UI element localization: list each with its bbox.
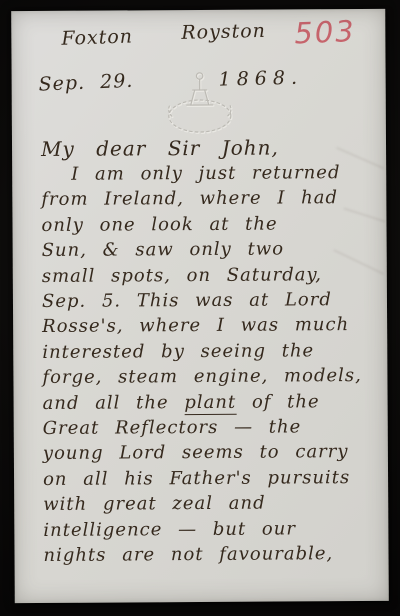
letter-page: Foxton Royston 503 Sep. 29. 1868.: [11, 9, 389, 603]
heading-date-day: Sep. 29.: [38, 70, 134, 96]
letter-line: nights are not favourable,: [43, 541, 382, 568]
letter-line: intelligence — but our: [43, 516, 382, 543]
letter-line: I am only just returned: [41, 160, 380, 187]
letter-body: I am only just returnedfrom Ireland, whe…: [41, 160, 382, 569]
letter-line: Great Reflectors — the: [43, 414, 382, 441]
letter-line: Rosse's, where I was much: [42, 312, 381, 339]
letter-line: Sun, & saw only two: [42, 236, 381, 263]
letter-line: small spots, on Saturday,: [42, 262, 381, 289]
underlined-word: plant: [184, 391, 236, 414]
letter-line: with great zeal and: [43, 490, 382, 517]
heading-place-left: Foxton: [61, 25, 133, 49]
letter-line: young Lord seems to carry: [43, 439, 382, 466]
salutation: My dear Sir John,: [41, 136, 279, 161]
letter-line: from Ireland, where I had: [41, 185, 380, 212]
archival-number: 503: [294, 14, 357, 50]
heading-place-right: Royston: [181, 20, 266, 44]
photo-background: Foxton Royston 503 Sep. 29. 1868.: [0, 0, 400, 616]
letter-line: Sep. 5. This was at Lord: [42, 287, 381, 314]
letter-line: and all the plant of the: [43, 389, 382, 416]
letter-line: only one look at the: [41, 211, 380, 238]
letter-line: interested by seeing the: [42, 338, 381, 365]
letter-line: on all his Father's pursuits: [43, 465, 382, 492]
letter-line: forge, steam engine, models,: [42, 363, 381, 390]
